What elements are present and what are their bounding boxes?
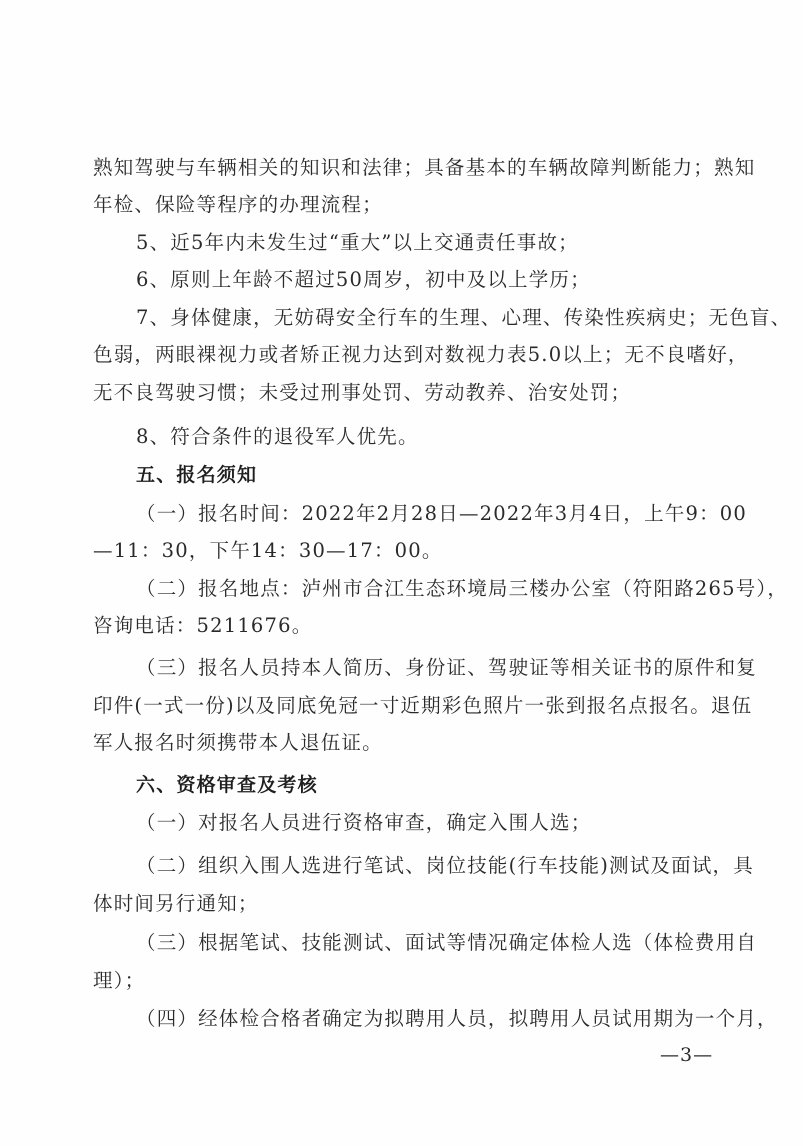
text-line: （三）根据笔试、技能测试、面试等情况确定体检人选（体检费用自 xyxy=(136,928,719,958)
page-number: —3— xyxy=(660,1040,713,1070)
text-line: 6、原则上年龄不超过50周岁，初中及以上学历； xyxy=(136,265,719,295)
text-line: 7、身体健康，无妨碍安全行车的生理、心理、传染性疾病史；无色盲、 xyxy=(136,303,719,333)
text-line: 理）； xyxy=(93,966,719,996)
text-line: 8、符合条件的退役军人优先。 xyxy=(136,422,719,452)
text-line: （四）经体检合格者确定为拟聘用人员，拟聘用人员试用期为一个月， xyxy=(136,1004,719,1034)
text-line: （二）报名地点：泸州市合江生态环境局三楼办公室（符阳路265号）， xyxy=(136,574,719,604)
text-line: （二）组织入围人选进行笔试、岗位技能(行车技能)测试及面试，具 xyxy=(136,851,719,881)
text-line: （一）报名时间：2022年2月28日—2022年3月4日，上午9：00 xyxy=(136,499,719,529)
text-line: 无不良驾驶习惯；未受过刑事处罚、劳动教养、治安处罚； xyxy=(93,378,719,408)
text-line: 体时间另行通知； xyxy=(93,889,719,919)
text-line: 熟知驾驶与车辆相关的知识和法律；具备基本的车辆故障判断能力；熟知 xyxy=(93,153,719,183)
section-heading: 五、报名须知 xyxy=(136,460,719,490)
document-page: 熟知驾驶与车辆相关的知识和法律；具备基本的车辆故障判断能力；熟知年检、保险等程序… xyxy=(0,0,803,1146)
text-line: 年检、保险等程序的办理流程； xyxy=(93,190,719,220)
text-line: 印件(一式一份)以及同底免冠一寸近期彩色照片一张到报名点报名。退伍 xyxy=(93,691,719,721)
text-line: （一）对报名人员进行资格审查，确定入围人选； xyxy=(136,808,719,838)
text-line: 咨询电话：5211676。 xyxy=(93,611,719,641)
text-line: （三）报名人员持本人简历、身份证、驾驶证等相关证书的原件和复 xyxy=(136,653,719,683)
text-line: 5、近5年内未发生过“重大”以上交通责任事故； xyxy=(136,228,719,258)
text-line: —11：30，下午14：30—17：00。 xyxy=(93,536,719,566)
text-line: 军人报名时须携带本人退伍证。 xyxy=(93,728,719,758)
section-heading: 六、资格审查及考核 xyxy=(136,770,719,800)
text-line: 色弱，两眼裸视力或者矫正视力达到对数视力表5.0以上；无不良嗜好， xyxy=(93,340,719,370)
